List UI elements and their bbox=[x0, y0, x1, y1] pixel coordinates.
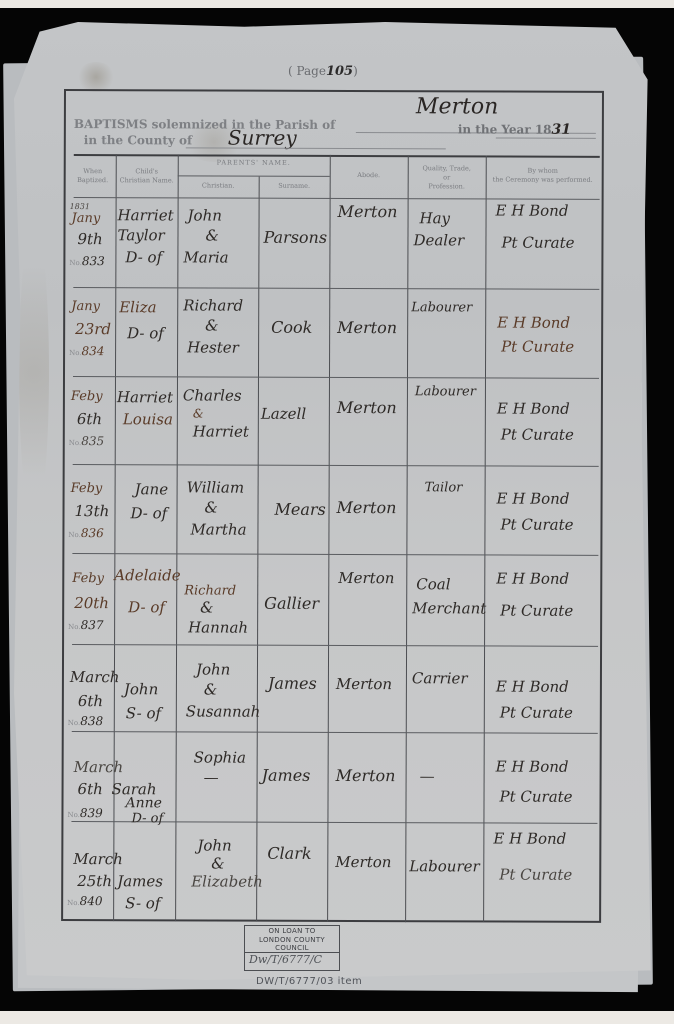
entry-number-value: 838 bbox=[80, 714, 103, 728]
entry-date-month: Feby bbox=[72, 569, 104, 589]
quality: Labourer bbox=[409, 856, 479, 876]
child-name-line2: Taylor bbox=[117, 225, 164, 245]
header-text: the Ceremony was performed. bbox=[486, 175, 600, 184]
register-entry-834: Jany 23rd No.834 Eliza D- of Richard & H… bbox=[66, 91, 602, 93]
header-text: Child's bbox=[116, 167, 178, 176]
entry-number-value: 839 bbox=[80, 806, 103, 820]
row-rule bbox=[72, 731, 598, 734]
parent-christian-1: William bbox=[187, 477, 245, 497]
entry-number: No.836 bbox=[68, 523, 103, 545]
officiant-name: E H Bond bbox=[493, 829, 566, 849]
parent-christian-2: Hester bbox=[187, 337, 239, 357]
header-top-rule bbox=[74, 154, 600, 158]
abode: Merton bbox=[336, 766, 396, 786]
officiant-name: E H Bond bbox=[497, 399, 570, 419]
stamp-line: LONDON COUNTY bbox=[245, 936, 339, 945]
officiant-name: E H Bond bbox=[496, 201, 569, 221]
parent-surname: Parsons bbox=[263, 228, 327, 248]
col-rule-6 bbox=[483, 155, 487, 922]
parent-ampersand: & bbox=[205, 497, 218, 517]
parent-christian-1: John bbox=[196, 659, 230, 679]
quality: Hay bbox=[420, 208, 451, 228]
stamp-line: ON LOAN TO bbox=[245, 927, 339, 936]
officiant-name: E H Bond bbox=[496, 757, 569, 777]
header-quality: Quality, Trade, or Profession. bbox=[408, 164, 486, 191]
quality-line2: Dealer bbox=[413, 230, 464, 250]
child-relation: D- of bbox=[128, 597, 165, 617]
entry-number: No.835 bbox=[69, 431, 104, 453]
entry-number: No.840 bbox=[67, 891, 102, 913]
parent-ampersand: & bbox=[205, 225, 218, 245]
header-text: Christian Name. bbox=[116, 176, 178, 185]
child-relation: S- of bbox=[126, 703, 161, 723]
entry-date-day: 25th bbox=[77, 871, 112, 891]
page-label-close: ) bbox=[353, 64, 358, 78]
archive-shelfmark: DW/T/6777/03 item bbox=[256, 976, 362, 987]
header-text: When bbox=[70, 167, 116, 176]
parent-ampersand: & bbox=[205, 315, 218, 335]
officiant-title: Pt Curate bbox=[499, 865, 572, 885]
no-label: No. bbox=[69, 439, 81, 447]
col-rule-2 bbox=[175, 154, 179, 921]
no-label: No. bbox=[69, 259, 81, 267]
entry-date-month: March bbox=[70, 667, 120, 687]
officiant-title: Pt Curate bbox=[499, 787, 572, 807]
page-number: ( Page105) bbox=[288, 64, 398, 84]
abode: Merton bbox=[337, 318, 397, 338]
officiant-title: Pt Curate bbox=[500, 703, 573, 723]
officiant-name: E H Bond bbox=[496, 569, 569, 589]
year-label: in the Year 1831 bbox=[458, 121, 571, 137]
page-label: ( Page bbox=[288, 64, 326, 78]
no-label: No. bbox=[68, 531, 80, 539]
child-relation: D- of bbox=[130, 503, 167, 523]
parent-christian-1: Richard bbox=[183, 295, 243, 315]
entry-date-month: March bbox=[73, 849, 123, 869]
parent-christian-2: Harriet bbox=[193, 421, 249, 441]
parent-surname: Mears bbox=[274, 500, 325, 520]
header-performed-by: By whom the Ceremony was performed. bbox=[486, 166, 600, 184]
quality: Coal bbox=[416, 574, 450, 594]
child-relation: S- of bbox=[125, 893, 160, 913]
row-rule bbox=[73, 376, 599, 379]
header-when-baptized: When Baptized. bbox=[70, 167, 116, 185]
col-rule-1 bbox=[113, 154, 117, 921]
quality: Tailor bbox=[425, 478, 463, 498]
child-name-line2: Louisa bbox=[123, 409, 173, 429]
header-parents-surname: Surname. bbox=[259, 182, 330, 191]
abode: Merton bbox=[338, 202, 398, 222]
row-rule bbox=[72, 553, 598, 556]
header-abode: Abode. bbox=[330, 171, 408, 180]
officiant-title: Pt Curate bbox=[501, 337, 574, 357]
parish-name: Merton bbox=[416, 94, 498, 119]
entry-date-day: 6th bbox=[77, 409, 102, 429]
parent-surname: James bbox=[268, 674, 317, 694]
baptism-register-table: BAPTISMS solemnized in the Parish of Mer… bbox=[61, 89, 604, 923]
parent-christian-2: Hannah bbox=[188, 617, 248, 637]
header-parents-christian: Christian. bbox=[178, 181, 259, 190]
header-text: or bbox=[408, 173, 486, 182]
heading-line2: in the County of bbox=[84, 133, 192, 147]
county-underline bbox=[186, 147, 446, 149]
child-relation: D- of bbox=[125, 247, 162, 267]
officiant-name: E H Bond bbox=[497, 313, 570, 333]
entry-number-value: 833 bbox=[82, 254, 105, 268]
parent-christian-2: Maria bbox=[183, 247, 228, 267]
quality-line2: Merchant bbox=[412, 598, 486, 618]
officiant-name: E H Bond bbox=[496, 677, 569, 697]
entry-number: No.834 bbox=[69, 341, 104, 363]
entry-date-day: 13th bbox=[74, 501, 109, 521]
entry-date-day: 23rd bbox=[75, 319, 111, 339]
parent-christian-2: Susannah bbox=[186, 701, 261, 721]
parent-ampersand: & bbox=[204, 679, 217, 699]
header-child-name: Child's Christian Name. bbox=[116, 167, 178, 185]
entry-number: No.837 bbox=[68, 615, 103, 637]
parents-subheader-rule bbox=[178, 175, 330, 177]
child-name-line1: Harriet bbox=[117, 387, 173, 407]
header-text: By whom bbox=[486, 166, 600, 175]
quality: — bbox=[420, 766, 435, 786]
officiant-title: Pt Curate bbox=[500, 515, 573, 535]
register-entry-840: March 25th No.840 James S- of John & Eli… bbox=[66, 91, 602, 93]
stamp-reference: Dw/T/6777/C bbox=[245, 953, 339, 966]
officiant-title: Pt Curate bbox=[500, 601, 573, 621]
year-underline bbox=[496, 138, 596, 139]
no-label: No. bbox=[67, 811, 79, 819]
entry-number: No.838 bbox=[68, 711, 103, 733]
child-relation: D- of bbox=[127, 323, 164, 343]
entry-date-day: 6th bbox=[78, 779, 103, 799]
row-rule bbox=[72, 644, 598, 647]
no-label: No. bbox=[68, 623, 80, 631]
entry-number-value: 837 bbox=[81, 618, 104, 632]
entry-number-value: 836 bbox=[81, 526, 104, 540]
register-entry-836: Feby 13th No.836 Jane D- of William & Ma… bbox=[66, 91, 602, 93]
child-name-line1: Eliza bbox=[119, 297, 156, 317]
entry-number: No.833 bbox=[69, 251, 104, 273]
no-label: No. bbox=[67, 899, 79, 907]
parent-surname: Cook bbox=[271, 318, 312, 338]
child-name-line1: Adelaide bbox=[114, 565, 180, 585]
entry-date-month: Jany bbox=[71, 297, 100, 317]
register-entry-835: Feby 6th No.835 Harriet Louisa Charles &… bbox=[66, 91, 602, 93]
abode: Merton bbox=[337, 398, 397, 418]
stamp-text: ON LOAN TO LONDON COUNTY COUNCIL bbox=[245, 926, 339, 953]
row-rule bbox=[73, 287, 599, 290]
quality: Labourer bbox=[415, 382, 476, 402]
parent-surname: Lazell bbox=[261, 404, 306, 424]
child-name-line1: Jane bbox=[135, 479, 169, 499]
parent-christian-2: Elizabeth bbox=[191, 871, 263, 891]
entry-date-day: 20th bbox=[74, 593, 109, 613]
county-name: Surrey bbox=[228, 126, 297, 150]
child-name-line1: James bbox=[117, 871, 163, 891]
quality: Carrier bbox=[412, 668, 468, 688]
no-label: No. bbox=[68, 719, 80, 727]
quality: Labourer bbox=[411, 298, 472, 318]
parent-christian-1: John bbox=[188, 205, 222, 225]
on-loan-stamp: ON LOAN TO LONDON COUNTY COUNCIL Dw/T/67… bbox=[244, 925, 340, 971]
parent-surname: Gallier bbox=[264, 594, 319, 614]
parent-christian-1: Charles bbox=[183, 385, 242, 405]
stain bbox=[19, 222, 49, 522]
abode: Merton bbox=[337, 498, 397, 518]
stamp-line: COUNCIL bbox=[245, 944, 339, 953]
entry-number-value: 835 bbox=[81, 434, 104, 448]
entry-number-value: 834 bbox=[82, 344, 105, 358]
stain bbox=[76, 62, 116, 92]
entry-number: No.839 bbox=[67, 803, 102, 825]
header-text: Profession. bbox=[408, 182, 486, 191]
abode: Merton bbox=[335, 852, 391, 872]
page-number-value: 105 bbox=[326, 64, 353, 79]
child-relation: D- of bbox=[131, 809, 163, 829]
entry-date-month: Feby bbox=[71, 387, 103, 407]
entry-date-day: 6th bbox=[78, 691, 103, 711]
header-parents-name: PARENTS' NAME. bbox=[178, 158, 330, 168]
row-rule bbox=[73, 464, 599, 467]
register-entry-839: March 6th No.839 Sarah Anne D- of Sophia… bbox=[66, 91, 602, 93]
abode: Merton bbox=[336, 674, 392, 694]
parent-christian-2: Martha bbox=[190, 519, 246, 539]
header-bottom-rule bbox=[74, 197, 600, 200]
register-entry-838: March 6th No.838 John S- of John & Susan… bbox=[66, 91, 602, 93]
officiant-title: Pt Curate bbox=[501, 425, 574, 445]
child-name-line1: John bbox=[124, 679, 158, 699]
parent-surname: James bbox=[262, 766, 311, 786]
parent-surname: Clark bbox=[267, 844, 311, 864]
parent-dash: — bbox=[204, 767, 219, 787]
child-name-line1: Harriet bbox=[118, 205, 174, 225]
header-text: Baptized. bbox=[70, 176, 116, 185]
year-value: 31 bbox=[552, 122, 572, 138]
entry-date-day: 9th bbox=[77, 229, 102, 249]
year-prefix: in the Year 18 bbox=[458, 122, 552, 136]
header-text: Quality, Trade, bbox=[408, 164, 486, 173]
officiant-title: Pt Curate bbox=[501, 233, 574, 253]
parent-christian-1: Sophia bbox=[194, 747, 246, 767]
abode: Merton bbox=[338, 568, 394, 588]
register-entry-837: Feby 20th No.837 Adelaide D- of Richard … bbox=[66, 91, 602, 93]
officiant-name: E H Bond bbox=[497, 489, 570, 509]
entry-number-value: 840 bbox=[80, 894, 103, 908]
no-label: No. bbox=[69, 349, 81, 357]
register-entry-833: 1831 Jany 9th No.833 Harriet Taylor D- o… bbox=[66, 91, 602, 93]
entry-date-month: Feby bbox=[71, 479, 103, 499]
entry-date-month: March bbox=[74, 757, 124, 777]
entry-date-month: Jany bbox=[72, 209, 101, 229]
col-rule-4 bbox=[327, 155, 331, 922]
col-rule-5 bbox=[405, 155, 409, 922]
parent-ampersand: & bbox=[200, 597, 213, 617]
